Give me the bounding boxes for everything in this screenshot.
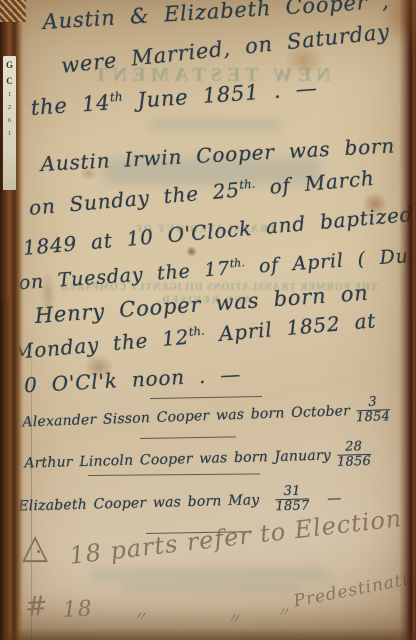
henry-birth-line-3: 10 O'Cl'k noon . — — [10, 362, 242, 398]
showthrough-imprint-line-1 — [90, 570, 330, 579]
showthrough-imprint-line-2 — [120, 585, 300, 592]
alexander-birth-record: Alexander Sisson Cooper was born October… — [22, 395, 390, 437]
elizabeth-birth-date-fraction: 311857 — [275, 484, 310, 514]
fragment-digit: 2 — [8, 105, 11, 112]
fragment-digit: 1 — [8, 131, 11, 138]
fragment-letter: G — [6, 60, 13, 70]
facing-page-fragment: G C 1 2 6 1 — [3, 56, 16, 190]
triangle-dot — [37, 550, 40, 553]
ditto-mark: 〃 — [226, 608, 242, 629]
triangle-symbol: △ — [22, 530, 48, 564]
pencil-note-number: 18 — [62, 596, 93, 623]
divider-rule — [140, 436, 236, 439]
ink-blot — [186, 246, 197, 257]
page-corner-shadow — [390, 0, 416, 110]
fragment-digit: 6 — [8, 118, 11, 125]
ditto-mark: 〃 — [276, 602, 291, 622]
alexander-birth-date-fraction: 31854 — [355, 395, 390, 425]
hash-symbol: # — [24, 590, 50, 623]
bottom-edge-shadow — [0, 628, 416, 640]
arthur-birth-date-fraction: 281856 — [337, 440, 372, 470]
ditto-mark: 〃 — [132, 606, 148, 627]
showthrough-smudge-small — [150, 120, 280, 130]
fragment-digit: 1 — [8, 92, 11, 99]
bible-flyleaf-photo: NEW TESTAMENT TRANSLATED OUT OF THE FORM… — [0, 0, 416, 640]
fragment-letter: C — [6, 76, 13, 86]
binding-threads — [0, 0, 26, 22]
book-binding-edge-lower — [0, 300, 10, 640]
divider-rule — [150, 396, 262, 399]
arthur-birth-record: Arthur Lincoln Cooper was born January28… — [24, 440, 371, 478]
